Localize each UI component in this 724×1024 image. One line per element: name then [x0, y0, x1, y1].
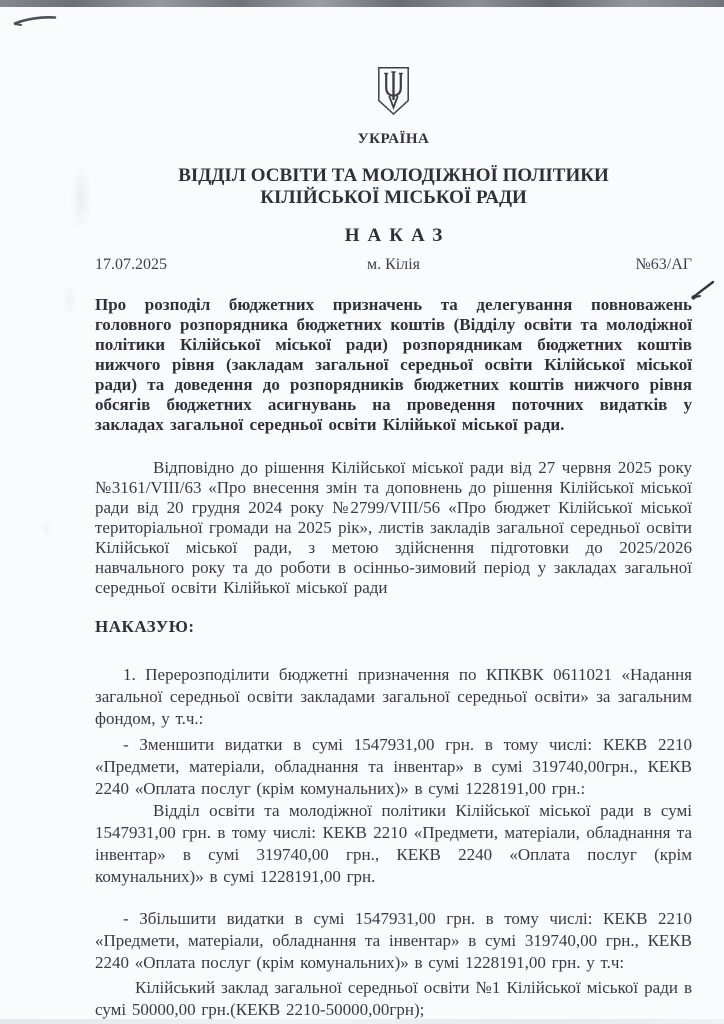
document-meta-row: 17.07.2025 м. Кілія №63/АГ — [95, 256, 692, 274]
organization-name: ВІДДІЛ ОСВІТИ ТА МОЛОДІЖНОЇ ПОЛІТИКИ КІЛ… — [95, 165, 692, 209]
order-item-increase: - Збільшити видатки в сумі 1547931,00 гр… — [95, 908, 692, 974]
pen-stray-mark-icon — [688, 279, 716, 305]
document-type-title: НАКАЗ — [95, 225, 692, 247]
document-number: №63/АГ — [493, 256, 692, 274]
scan-smudge — [62, 280, 78, 320]
order-item-1: 1. Перерозподілити бюджетні призначення … — [95, 664, 692, 730]
order-item-department: Відділ освіти та молодіжної політики Кіл… — [95, 800, 692, 888]
preamble-paragraph: Відповідно до рішення Кілійської міської… — [95, 458, 692, 598]
ukraine-trident-emblem-icon — [377, 66, 410, 116]
scan-smudge — [70, 163, 92, 233]
country-label: УКРАЇНА — [95, 131, 692, 148]
scanner-edge-artifact-top — [0, 0, 724, 7]
order-heading: НАКАЗУЮ: — [95, 617, 692, 637]
document-date: 17.07.2025 — [95, 256, 294, 274]
subject-paragraph: Про розподіл бюджетних призначень та дел… — [95, 295, 692, 435]
pen-dash-mark-icon — [12, 13, 58, 29]
scanned-document-page: УКРАЇНА ВІДДІЛ ОСВІТИ ТА МОЛОДІЖНОЇ ПОЛІ… — [0, 0, 724, 1024]
organization-name-line1: ВІДДІЛ ОСВІТИ ТА МОЛОДІЖНОЇ ПОЛІТИКИ — [95, 165, 692, 187]
scan-smudge — [40, 520, 54, 538]
organization-name-line2: КІЛІЙСЬКОЇ МІСЬКОЇ РАДИ — [95, 187, 692, 209]
order-item-school1: Кілійський заклад загальної середньої ос… — [95, 977, 692, 1021]
order-item-decrease: - Зменшити видатки в сумі 1547931,00 грн… — [95, 734, 692, 800]
scanner-edge-artifact-bottom — [0, 1019, 724, 1024]
document-content: УКРАЇНА ВІДДІЛ ОСВІТИ ТА МОЛОДІЖНОЇ ПОЛІ… — [95, 66, 692, 1021]
document-place: м. Кілія — [294, 256, 493, 274]
